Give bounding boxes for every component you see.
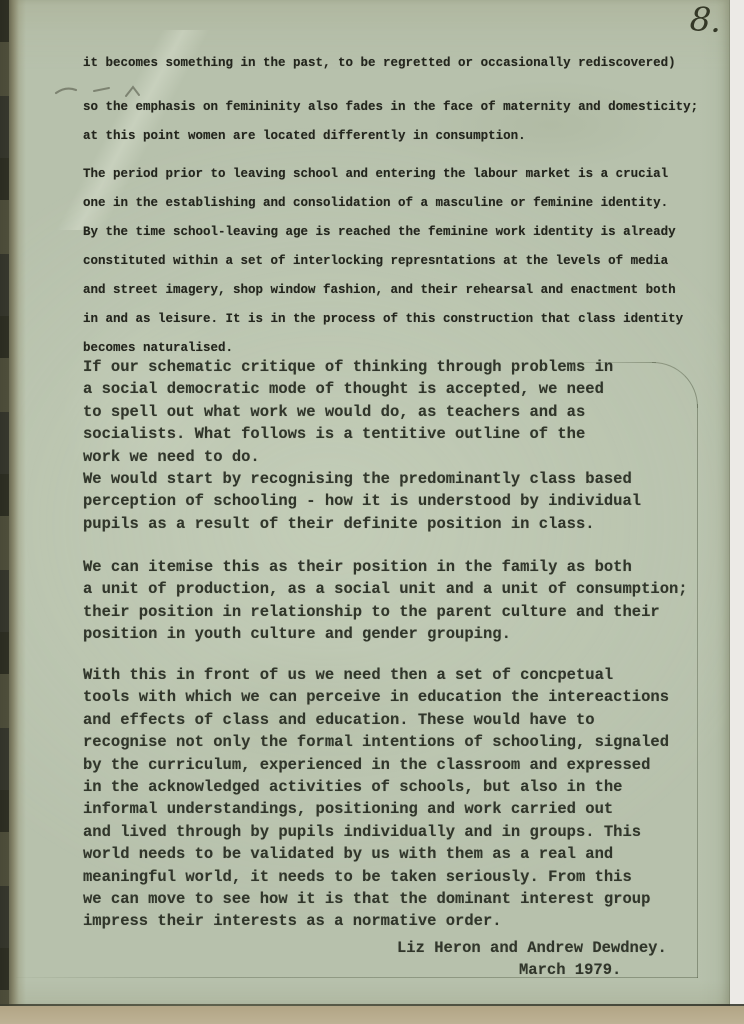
handwritten-page-number: 8. [689, 0, 723, 40]
typed-paragraph-1: it becomes something in the past, to be … [83, 49, 733, 78]
typed-paragraph-3: The period prior to leaving school and e… [83, 160, 733, 363]
paper-sheet: 8. it becomes something in the past, to … [0, 0, 730, 1006]
typed-paragraph-6: We can itemise this as their position in… [83, 556, 733, 646]
backing-surface [0, 1006, 744, 1024]
typed-paragraph-2: so the emphasis on femininity also fades… [83, 93, 733, 151]
binding-edge-dark-strip [0, 0, 9, 1006]
typed-paragraph-5: We would start by recognising the predom… [83, 468, 733, 535]
typed-paragraph-7: With this in front of us we need then a … [83, 664, 733, 933]
signature-authors: Liz Heron and Andrew Dewdney. [397, 937, 667, 959]
typed-paragraph-4: If our schematic critique of thinking th… [83, 356, 733, 468]
signature-date: March 1979. [519, 959, 621, 981]
scanned-document-screenshot: { "page": { "page_number": "8.", "colors… [0, 0, 744, 1024]
